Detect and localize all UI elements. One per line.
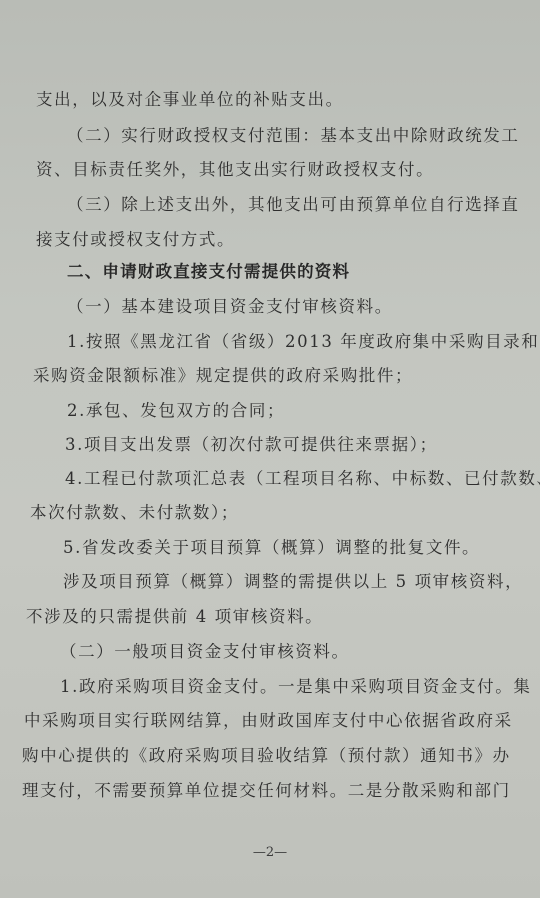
text-line: （二）实行财政授权支付范围：基本支出中除财政统发工 bbox=[67, 126, 520, 146]
text-line: 3.项目支出发票（初次付款可提供往来票据）； bbox=[65, 435, 438, 455]
text-line: 1.政府采购项目资金支付。一是集中采购项目资金支付。集 bbox=[60, 677, 531, 697]
text-line: 不涉及的只需提供前 4 项审核资料。 bbox=[26, 607, 323, 627]
subsection-heading: （一）基本建设项目资金支付审核资料。 bbox=[67, 297, 393, 317]
page-number: —2— bbox=[0, 845, 540, 860]
text-line: 2.承包、发包双方的合同； bbox=[67, 401, 285, 421]
text-line: （三）除上述支出外，其他支出可由预算单位自行选择直 bbox=[67, 195, 520, 215]
text-line: 1.按照《黑龙江省（省级）2013 年度政府集中采购目录和 bbox=[67, 332, 539, 352]
text-line: 中采购项目实行联网结算，由财政国库支付中心依据省政府采 bbox=[24, 711, 513, 731]
text-line: 购中心提供的《政府采购项目验收结算（预付款）通知书》办 bbox=[22, 746, 511, 766]
text-line: 5.省发改委关于项目预算（概算）调整的批复文件。 bbox=[63, 538, 480, 558]
text-line: 理支付，不需要预算单位提交任何材料。二是分散采购和部门 bbox=[22, 781, 511, 801]
text-line: 资、目标责任奖外，其他支出实行财政授权支付。 bbox=[36, 160, 434, 180]
section-heading: 二、申请财政直接支付需提供的资料 bbox=[67, 262, 350, 282]
document-page: 支出，以及对企事业单位的补贴支出。 （二）实行财政授权支付范围：基本支出中除财政… bbox=[0, 0, 540, 898]
text-line: 本次付款数、未付款数）； bbox=[30, 503, 239, 523]
text-line: 涉及项目预算（概算）调整的需提供以上 5 项审核资料， bbox=[63, 572, 523, 592]
text-line: 4.工程已付款项汇总表（工程项目名称、中标数、已付款数、 bbox=[65, 469, 540, 489]
subsection-heading: （二）一般项目资金支付审核资料。 bbox=[60, 642, 350, 662]
text-line: 支出，以及对企事业单位的补贴支出。 bbox=[36, 90, 344, 110]
text-line: 采购资金限额标准》规定提供的政府采购批件； bbox=[33, 366, 413, 386]
text-line: 接支付或授权支付方式。 bbox=[36, 230, 235, 250]
